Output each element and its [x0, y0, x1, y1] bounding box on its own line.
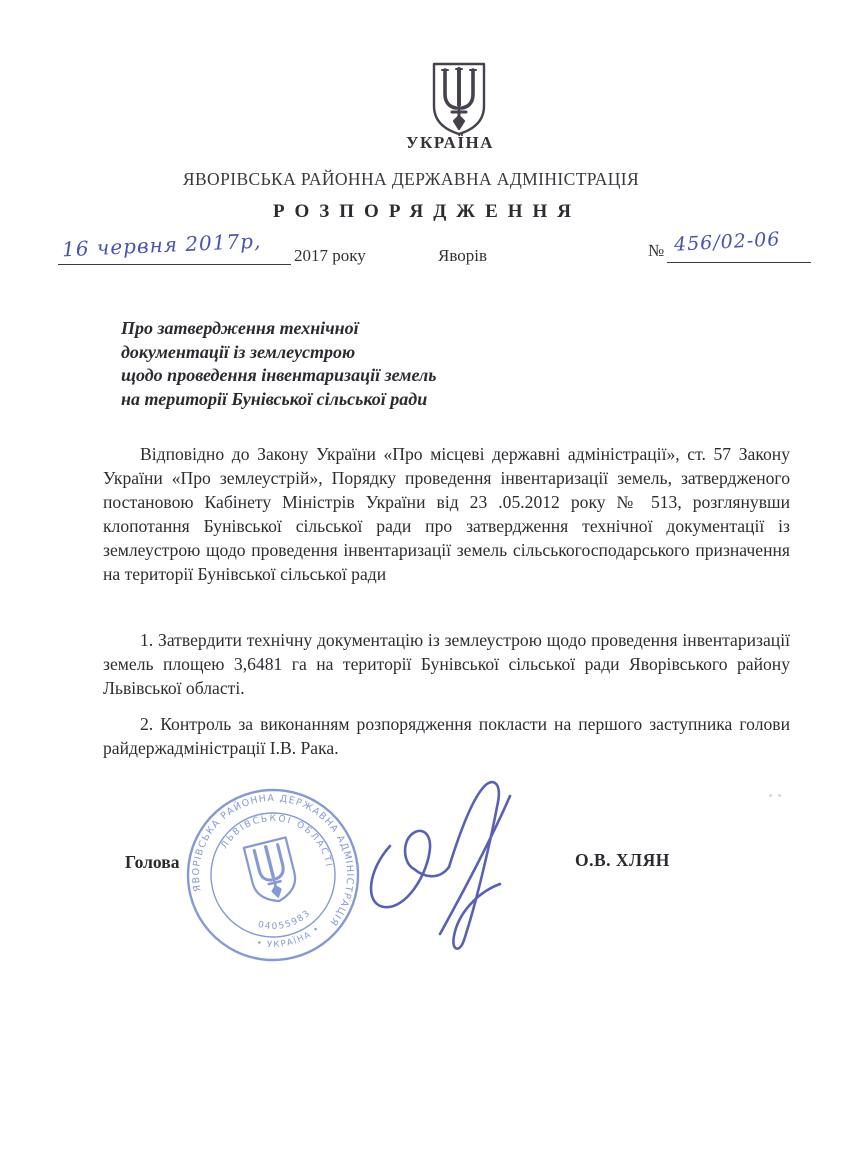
subject-line: документації із землеустрою [121, 341, 561, 365]
body-paragraph-item-2: 2. Контроль за виконанням розпорядження … [103, 713, 790, 761]
subject-line: щодо проведення інвентаризації земель [121, 364, 561, 388]
signer-title: Голова [125, 852, 179, 873]
subject-line: на території Бунівської сільської ради [121, 388, 561, 412]
tryzub-icon [429, 61, 489, 137]
body-paragraph-item-1: 1. Затвердити технічну документацію із з… [103, 629, 790, 701]
body-paragraph: Відповідно до Закону України «Про місцев… [103, 443, 790, 586]
signer-name: О.В. ХЛЯН [575, 850, 670, 871]
subject-line: Про затвердження технічної [121, 317, 561, 341]
date-underline [58, 264, 291, 265]
city-label: Яворів [438, 246, 487, 266]
country-title: УКРАЇНА [25, 133, 850, 153]
round-seal-icon: ЯВОРІВСЬКА РАЙОННА ДЕРЖАВНА АДМІНІСТРАЦІ… [184, 779, 362, 971]
number-sign: № [648, 241, 664, 261]
subject-block: Про затвердження технічної документації … [121, 317, 561, 411]
handwritten-date: 16 червня 2017р, [62, 229, 262, 262]
scan-speck [769, 784, 799, 792]
handwritten-number: 456/02-06 [673, 228, 780, 256]
doc-type-title: РОЗПОРЯДЖЕННЯ [2, 201, 850, 223]
document-page: УКРАЇНА ЯВОРІВСЬКА РАЙОННА ДЕРЖАВНА АДМІ… [0, 0, 850, 1169]
printed-year: 2017 року [294, 246, 366, 266]
number-underline [667, 262, 811, 263]
handwritten-signature-icon [348, 776, 553, 961]
authority-title: ЯВОРІВСЬКА РАЙОННА ДЕРЖАВНА АДМІНІСТРАЦІ… [0, 169, 836, 190]
